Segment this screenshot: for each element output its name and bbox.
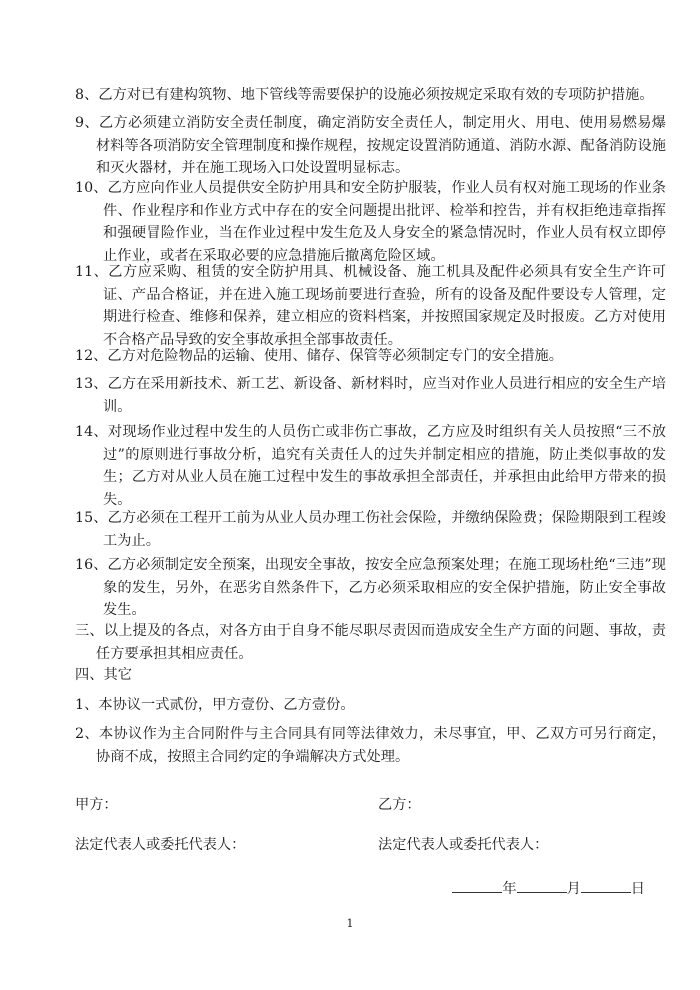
document-page: 8、乙方对已有建构筑物、地下管线等需要保护的设施必须按规定采取有效的专项防护措施… <box>0 0 700 990</box>
day-blank <box>581 878 631 893</box>
section-four-item-1: 1、本协议一式贰份，甲方壹份、乙方壹份。 <box>75 694 666 717</box>
party-a-label: 甲方： <box>75 794 118 816</box>
clause-16: 16、乙方必须制定安全预案，出现安全事故，按安全应急预案处理；在施工现场杜绝“三… <box>82 554 666 622</box>
clause-8: 8、乙方对已有建构筑物、地下管线等需要保护的设施必须按规定采取有效的专项防护措施… <box>75 84 666 107</box>
section-three: 三、以上提及的各点，对各方由于自身不能尽职尽责因而造成安全生产方面的问题、事故，… <box>75 620 666 665</box>
party-b-representative-label: 法定代表人或委托代表人： <box>378 834 548 856</box>
year-blank <box>452 878 502 893</box>
clause-14: 14、对现场作业过程中发生的人员伤亡或非伤亡事故，乙方应及时组织有关人员按照“三… <box>82 421 666 511</box>
section-four-item-2: 2、本协议作为主合同附件与主合同具有同等法律效力，未尽事宜，甲、乙双方可另行商定… <box>75 723 666 768</box>
clause-13: 13、乙方在采用新技术、新工艺、新设备、新材料时，应当对作业人员进行相应的安全生… <box>82 373 666 418</box>
month-blank <box>517 878 567 893</box>
clause-11: 11、乙方应采购、租赁的安全防护用具、机械设备、施工机具及配件必须具有安全生产许… <box>82 261 666 351</box>
clause-12: 12、乙方对危险物品的运输、使用、储存、保管等必须制定专门的安全措施。 <box>82 345 666 368</box>
signing-date: 年月日 <box>452 878 645 900</box>
party-a-representative-label: 法定代表人或委托代表人： <box>75 834 245 856</box>
clause-9: 9、乙方必须建立消防安全责任制度，确定消防安全责任人，制定用火、用电、使用易燃易… <box>75 112 666 180</box>
clause-10: 10、乙方应向作业人员提供安全防护用具和安全防护服装，作业人员有权对施工现场的作… <box>82 177 666 267</box>
clause-15: 15、乙方必须在工程开工前为从业人员办理工伤社会保险，并缴纳保险费；保险期限到工… <box>82 507 666 552</box>
section-four-heading: 四、其它 <box>75 664 645 687</box>
party-b-label: 乙方： <box>378 794 421 816</box>
page-number: 1 <box>0 917 700 930</box>
